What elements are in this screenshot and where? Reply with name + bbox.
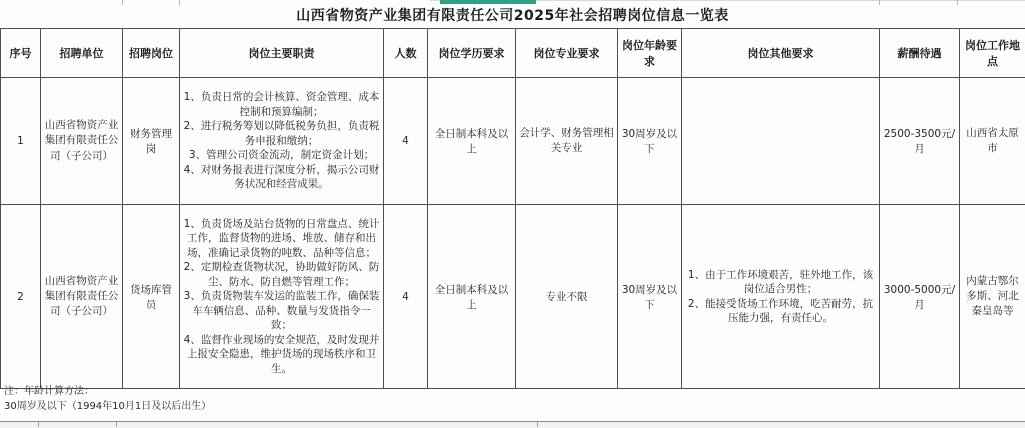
cell-position-2: 货场库管员 [123, 205, 180, 389]
cell-count-2: 4 [384, 205, 428, 389]
note-age-method: 注：年龄计算方法： [4, 385, 94, 399]
cell-count-1: 4 [384, 78, 428, 205]
header-position: 招聘岗位 [123, 29, 180, 78]
cell-duties-1: 1、负责日常的会计核算、资金管理、成本控制和预算编制； 2、进行税务筹划以降低税… [180, 78, 384, 205]
header-salary: 薪酬待遇 [880, 29, 960, 78]
header-education: 岗位学历要求 [428, 29, 516, 78]
header-other: 岗位其他要求 [682, 29, 880, 78]
page-title: 山西省物资产业集团有限责任公司2025年社会招聘岗位信息一览表 [0, 4, 1025, 28]
cell-other-2: 1、由于工作环境艰苦，驻外地工作，该岗位适合男性； 2、能接受货场工作环境，吃苦… [682, 205, 880, 389]
header-location: 岗位工作地点 [960, 29, 1025, 78]
header-seq: 序号 [1, 29, 41, 78]
bottom-gridline [0, 421, 1025, 422]
cell-seq-1: 1 [1, 78, 41, 205]
cell-location-1: 山西省太原市 [960, 78, 1025, 205]
table-row: 1 山西省物资产业集团有限责任公司（子公司） 财务管理岗 1、负责日常的会计核算… [1, 78, 1025, 205]
spreadsheet-page: 山西省物资产业集团有限责任公司2025年社会招聘岗位信息一览表 序号 招聘单位 … [0, 0, 1025, 428]
cell-position-1: 财务管理岗 [123, 78, 180, 205]
header-row: 序号 招聘单位 招聘岗位 岗位主要职责 人数 岗位学历要求 岗位专业要求 岗位年… [1, 29, 1025, 78]
gridline-remnant [38, 421, 39, 427]
cell-salary-1: 2500-3500元/月 [880, 78, 960, 205]
cell-major-2: 专业不限 [516, 205, 618, 389]
header-age: 岗位年龄要求 [618, 29, 682, 78]
header-count: 人数 [384, 29, 428, 78]
cell-seq-2: 2 [1, 205, 41, 389]
note-age-detail: 30周岁及以下（1994年10月1日及以后出生） [4, 400, 211, 414]
cell-age-2: 30周岁及以下 [618, 205, 682, 389]
cell-employer-2: 山西省物资产业集团有限责任公司（子公司） [41, 205, 123, 389]
cell-salary-2: 3000-5000元/月 [880, 205, 960, 389]
cell-education-1: 全日制本科及以上 [428, 78, 516, 205]
gridline-remnant [116, 421, 117, 427]
cell-major-1: 会计学、财务管理相关专业 [516, 78, 618, 205]
cell-education-2: 全日制本科及以上 [428, 205, 516, 389]
table-row: 2 山西省物资产业集团有限责任公司（子公司） 货场库管员 1、负责货场及站台货物… [1, 205, 1025, 389]
cell-age-1: 30周岁及以下 [618, 78, 682, 205]
cell-duties-2: 1、负责货场及站台货物的日常盘点、统计工作，监督货物的进场、堆放、储存和出场，准… [180, 205, 384, 389]
header-major: 岗位专业要求 [516, 29, 618, 78]
bottom-strip [0, 422, 1025, 428]
gridline-remnant [537, 421, 538, 427]
cell-location-2: 内蒙古鄂尔多斯、河北秦皇岛等 [960, 205, 1025, 389]
cell-other-1 [682, 78, 880, 205]
jobs-table: 序号 招聘单位 招聘岗位 岗位主要职责 人数 岗位学历要求 岗位专业要求 岗位年… [0, 28, 1025, 389]
cell-employer-1: 山西省物资产业集团有限责任公司（子公司） [41, 78, 123, 205]
header-employer: 招聘单位 [41, 29, 123, 78]
header-duties: 岗位主要职责 [180, 29, 384, 78]
